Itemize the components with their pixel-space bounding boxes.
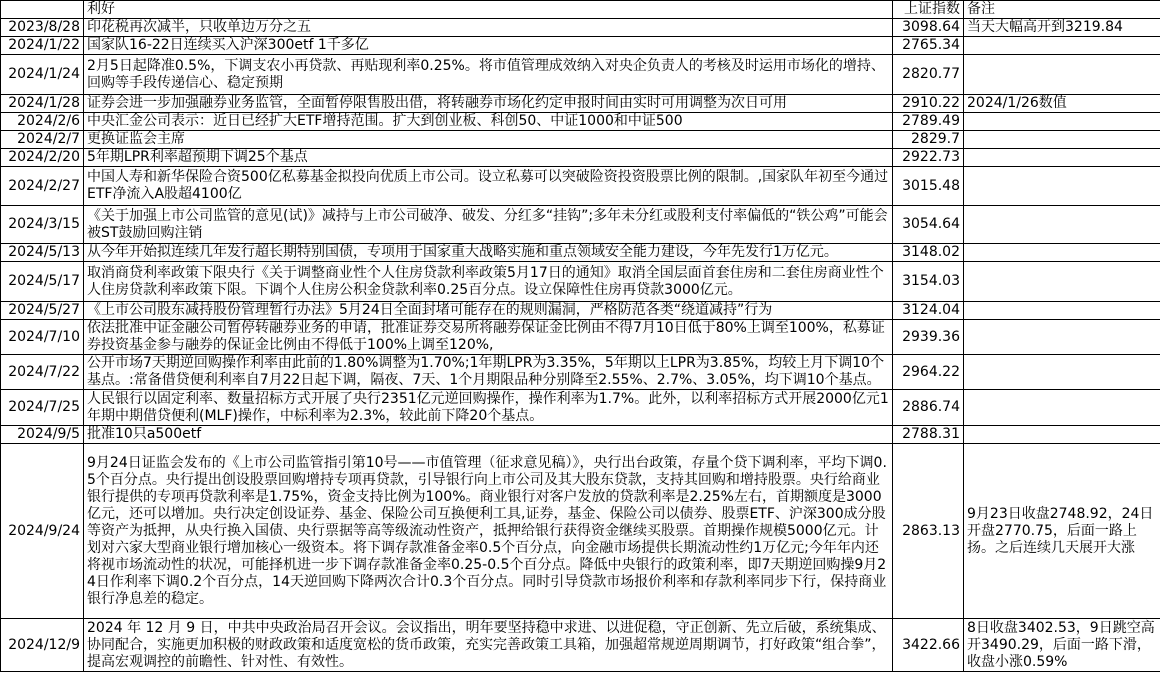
remark-cell[interactable] <box>964 390 1160 426</box>
date-cell[interactable]: 2024/12/9 <box>1 619 84 672</box>
good-news-cell[interactable]: 从今年开始拟连续几年发行超长期特别国债，专项用于国家重大战略实施和重点领域安全能… <box>84 244 893 262</box>
good-news-cell[interactable]: 中国人寿和新华保险合资500亿私募基金拟投向优质上市公司。设立私募可以突破险资投… <box>84 167 893 206</box>
date-cell[interactable]: 2024/9/24 <box>1 444 84 619</box>
date-cell[interactable]: 2024/2/6 <box>1 113 84 131</box>
sse-index-cell[interactable]: 2863.13 <box>893 444 964 619</box>
good-news-cell[interactable]: 5年期LPR利率超预期下调25个基点 <box>84 149 893 167</box>
policy-table: 利好 上证指数 备注 2023/8/28 印花税再次减半，只收单边万分之五 30… <box>0 0 1160 672</box>
table-row: 2024/2/6 中央汇金公司表示：近日已经扩大ETF增持范围。扩大到创业板、科… <box>1 113 1160 131</box>
table-row: 2024/7/10 依法批准中证金融公司暂停转融券业务的申请，批准证券交易所将融… <box>1 320 1160 355</box>
table-row: 2024/5/17 取消商贷利率政策下限央行《关于调整商业性个人住房贷款利率政策… <box>1 262 1160 302</box>
remark-cell[interactable]: 2024/1/26数值 <box>964 95 1160 113</box>
header-sse-index[interactable]: 上证指数 <box>893 1 964 19</box>
good-news-cell[interactable]: 依法批准中证金融公司暂停转融券业务的申请，批准证券交易所将融券保证金比例由不得7… <box>84 320 893 355</box>
table-row: 2024/5/13 从今年开始拟连续几年发行超长期特别国债，专项用于国家重大战略… <box>1 244 1160 262</box>
table-row: 2024/7/25 人民银行以固定利率、数量招标方式开展了央行2351亿元逆回购… <box>1 390 1160 426</box>
table-row: 2024/3/15 《关于加强上市公司监管的意见(试)》减持与上市公司破净、破发… <box>1 206 1160 244</box>
table-row: 2024/7/22 公开市场7天期逆回购操作利率由此前的1.80%调整为1.70… <box>1 355 1160 390</box>
date-cell[interactable]: 2024/1/22 <box>1 37 84 55</box>
remark-cell[interactable]: 8日收盘3402.53，9日跳空高开3490.29，后面一路下滑，收盘小涨0.5… <box>964 619 1160 672</box>
date-cell[interactable]: 2024/1/24 <box>1 55 84 95</box>
spreadsheet: 利好 上证指数 备注 2023/8/28 印花税再次减半，只收单边万分之五 30… <box>0 0 1160 685</box>
table-row: 2024/2/20 5年期LPR利率超预期下调25个基点 2922.73 <box>1 149 1160 167</box>
remark-cell[interactable]: 9月23日收盘2748.92，24日开盘2770.75，后面一路上扬。之后连续几… <box>964 444 1160 619</box>
sse-index-cell[interactable]: 3015.48 <box>893 167 964 206</box>
remark-cell[interactable]: 当天大幅高开到3219.84 <box>964 19 1160 37</box>
table-body: 2023/8/28 印花税再次减半，只收单边万分之五 3098.64 当天大幅高… <box>1 19 1160 672</box>
remark-cell[interactable] <box>964 55 1160 95</box>
sse-index-cell[interactable]: 2829.7 <box>893 131 964 149</box>
remark-cell[interactable] <box>964 113 1160 131</box>
remark-cell[interactable] <box>964 262 1160 302</box>
sse-index-cell[interactable]: 2939.36 <box>893 320 964 355</box>
sse-index-cell[interactable]: 3054.64 <box>893 206 964 244</box>
sse-index-cell[interactable]: 2788.31 <box>893 426 964 444</box>
remark-cell[interactable] <box>964 37 1160 55</box>
sse-index-cell[interactable]: 3148.02 <box>893 244 964 262</box>
good-news-cell[interactable]: 《上市公司股东减持股份管理暂行办法》5月24日全面封堵可能存在的规则漏洞，严格防… <box>84 302 893 320</box>
date-cell[interactable]: 2023/8/28 <box>1 19 84 37</box>
date-cell[interactable]: 2024/7/10 <box>1 320 84 355</box>
good-news-cell[interactable]: 批准10只a500etf <box>84 426 893 444</box>
table-row: 2023/8/28 印花税再次减半，只收单边万分之五 3098.64 当天大幅高… <box>1 19 1160 37</box>
header-date[interactable] <box>1 1 84 19</box>
good-news-cell[interactable]: 公开市场7天期逆回购操作利率由此前的1.80%调整为1.70%;1年期LPR为3… <box>84 355 893 390</box>
remark-cell[interactable] <box>964 206 1160 244</box>
date-cell[interactable]: 2024/7/25 <box>1 390 84 426</box>
table-row: 2024/2/7 更换证监会主席 2829.7 <box>1 131 1160 149</box>
table-row: 2024/9/5 批准10只a500etf 2788.31 <box>1 426 1160 444</box>
good-news-cell[interactable]: 取消商贷利率政策下限央行《关于调整商业性个人住房贷款利率政策5月17日的通知》取… <box>84 262 893 302</box>
sse-index-cell[interactable]: 3124.04 <box>893 302 964 320</box>
date-cell[interactable]: 2024/7/22 <box>1 355 84 390</box>
remark-cell[interactable] <box>964 426 1160 444</box>
date-cell[interactable]: 2024/5/27 <box>1 302 84 320</box>
good-news-cell[interactable]: 印花税再次减半，只收单边万分之五 <box>84 19 893 37</box>
remark-cell[interactable] <box>964 167 1160 206</box>
remark-cell[interactable] <box>964 149 1160 167</box>
sse-index-cell[interactable]: 2789.49 <box>893 113 964 131</box>
table-row: 2024/2/27 中国人寿和新华保险合资500亿私募基金拟投向优质上市公司。设… <box>1 167 1160 206</box>
good-news-cell[interactable]: 证券会进一步加强融券业务监管，全面暂停限售股出借，将转融券市场化约定申报时间由实… <box>84 95 893 113</box>
sse-index-cell[interactable]: 2910.22 <box>893 95 964 113</box>
good-news-cell[interactable]: 9月24日证监会发布的《上市公司监管指引第10号——市值管理（征求意见稿）》，央… <box>84 444 893 619</box>
good-news-cell[interactable]: 2月5日起降准0.5%，下调支农小再贷款、再贴现利率0.25%。将市值管理成效纳… <box>84 55 893 95</box>
header-row: 利好 上证指数 备注 <box>1 1 1160 19</box>
good-news-cell[interactable]: 中央汇金公司表示：近日已经扩大ETF增持范围。扩大到创业板、科创50、中证100… <box>84 113 893 131</box>
good-news-cell[interactable]: 更换证监会主席 <box>84 131 893 149</box>
header-good-news[interactable]: 利好 <box>84 1 893 19</box>
header-remark[interactable]: 备注 <box>964 1 1160 19</box>
sse-index-cell[interactable]: 3154.03 <box>893 262 964 302</box>
sse-index-cell[interactable]: 2964.22 <box>893 355 964 390</box>
date-cell[interactable]: 2024/5/13 <box>1 244 84 262</box>
remark-cell[interactable] <box>964 244 1160 262</box>
remark-cell[interactable] <box>964 355 1160 390</box>
date-cell[interactable]: 2024/1/28 <box>1 95 84 113</box>
table-row: 2024/1/22 国家队16-22日连续买入沪深300etf 1千多亿 276… <box>1 37 1160 55</box>
date-cell[interactable]: 2024/2/20 <box>1 149 84 167</box>
sse-index-cell[interactable]: 2765.34 <box>893 37 964 55</box>
sse-index-cell[interactable]: 3422.66 <box>893 619 964 672</box>
table-row: 2024/9/24 9月24日证监会发布的《上市公司监管指引第10号——市值管理… <box>1 444 1160 619</box>
remark-cell[interactable] <box>964 302 1160 320</box>
remark-cell[interactable] <box>964 131 1160 149</box>
remark-cell[interactable] <box>964 320 1160 355</box>
sse-index-cell[interactable]: 2820.77 <box>893 55 964 95</box>
good-news-cell[interactable]: 2024 年 12 月 9 日，中共中央政治局召开会议。会议指出，明年要坚持稳中… <box>84 619 893 672</box>
date-cell[interactable]: 2024/2/27 <box>1 167 84 206</box>
table-row: 2024/12/9 2024 年 12 月 9 日，中共中央政治局召开会议。会议… <box>1 619 1160 672</box>
date-cell[interactable]: 2024/5/17 <box>1 262 84 302</box>
good-news-cell[interactable]: 《关于加强上市公司监管的意见(试)》减持与上市公司破净、破发、分红多“挂钩”;多… <box>84 206 893 244</box>
sse-index-cell[interactable]: 2886.74 <box>893 390 964 426</box>
date-cell[interactable]: 2024/3/15 <box>1 206 84 244</box>
table-row: 2024/5/27 《上市公司股东减持股份管理暂行办法》5月24日全面封堵可能存… <box>1 302 1160 320</box>
good-news-cell[interactable]: 人民银行以固定利率、数量招标方式开展了央行2351亿元逆回购操作，操作利率为1.… <box>84 390 893 426</box>
date-cell[interactable]: 2024/2/7 <box>1 131 84 149</box>
table-row: 2024/1/24 2月5日起降准0.5%，下调支农小再贷款、再贴现利率0.25… <box>1 55 1160 95</box>
table-row: 2024/1/28 证券会进一步加强融券业务监管，全面暂停限售股出借，将转融券市… <box>1 95 1160 113</box>
sse-index-cell[interactable]: 3098.64 <box>893 19 964 37</box>
date-cell[interactable]: 2024/9/5 <box>1 426 84 444</box>
good-news-cell[interactable]: 国家队16-22日连续买入沪深300etf 1千多亿 <box>84 37 893 55</box>
sse-index-cell[interactable]: 2922.73 <box>893 149 964 167</box>
